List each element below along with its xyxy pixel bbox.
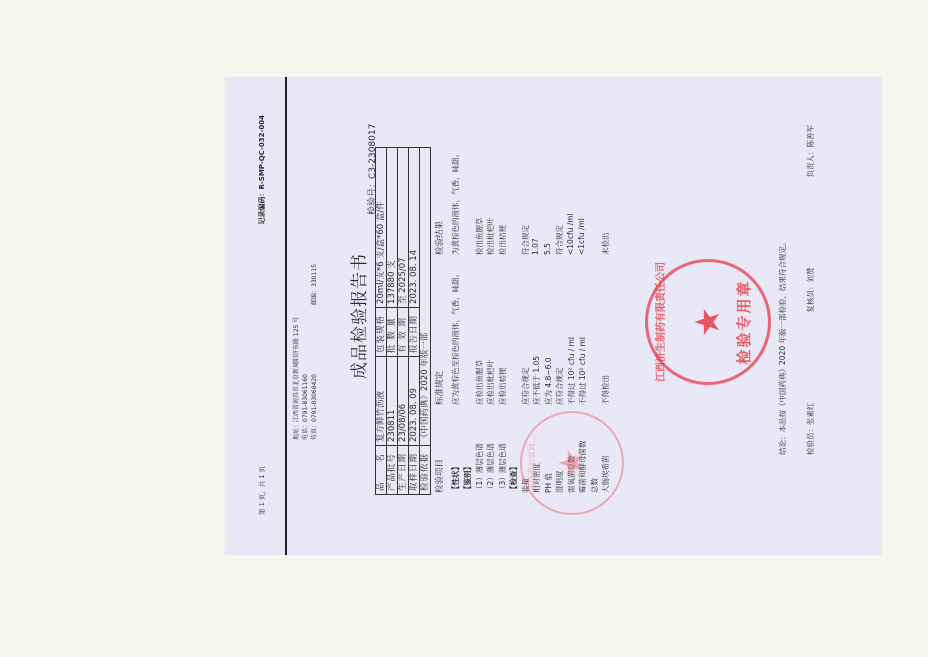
info-label: 报告日期 (409, 307, 420, 356)
star-icon: ★ (691, 307, 725, 337)
info-row: 品 名复方鲜竹沥液包装规格20ml/支*6 支/盒*60 盒/件 (376, 148, 387, 495)
info-label: 取样日期 (409, 446, 420, 495)
row-result: <10cfu /ml (566, 213, 575, 255)
info-label: 检验依据 (420, 446, 431, 495)
info-label: 产品批号 (387, 446, 398, 495)
row-standard: 应检出枇杷叶 (485, 360, 496, 405)
conclusion: 结论：本品按《中国药典》2020 年版一部检验，结果符合规定。 (777, 239, 788, 455)
info-value: 23/08/06 (398, 356, 409, 445)
reviewer-signature: 复核员：刘赞 (805, 268, 816, 313)
info-label: 有 效 期 (398, 307, 409, 356)
inspection-report-page: 第 1 页，共 1 页 记录编码：R-SMP-QC-032-004 地址：江西省… (225, 77, 882, 555)
page-header: 第 1 页，共 1 页 记录编码：R-SMP-QC-032-004 (257, 115, 267, 515)
row-standard: 不得过 10² cfu / ml (566, 337, 577, 405)
row-result: 检出鱼腥草 (474, 218, 485, 256)
header-rule (285, 77, 287, 555)
company-address: 地址：江西省南昌市北京新城阳济东路 125 号 (291, 317, 300, 440)
info-label: 包装规格 (376, 307, 387, 356)
row-item: （2）薄层色谱 (485, 443, 496, 493)
row-standard: 应为黄棕色至棕色的液体，气香，味甜。 (450, 270, 461, 405)
info-value: 至 2025/07 (398, 148, 409, 308)
page-info: 第 1 页，共 1 页 (257, 466, 267, 515)
row-result: 符合规定 (554, 225, 565, 255)
row-item: （1）薄层色谱 (474, 443, 485, 493)
info-value: 230811 (387, 356, 398, 445)
row-standard: 应检出鱼腥草 (474, 360, 485, 405)
company-fax: 传真：0791-83068420 (309, 374, 318, 440)
manager-signature: 负责人：陈善军 (805, 125, 816, 178)
info-value: 2023. 08. 09 (409, 356, 420, 445)
info-value: 《中国药典》2020 年版一部 (420, 148, 431, 446)
inspection-seal: 江西济生制药有限责任公司 ★ 检验专用章 (645, 259, 771, 385)
record-code: 记录编码：R-SMP-QC-032-004 (257, 115, 267, 225)
column-item: 检验项目 (433, 459, 445, 493)
row-result: 1.07 (531, 238, 540, 255)
row-result: 符合规定 (520, 225, 531, 255)
info-label: 生产日期 (398, 446, 409, 495)
row-standard: 应为 4.8~6.0 (543, 357, 554, 405)
column-result: 检验结果 (433, 221, 445, 255)
row-item: 【检查】 (508, 463, 519, 493)
row-result: 检出枇杷叶 (485, 218, 496, 256)
info-row: 取样日期2023. 08. 09报告日期2023. 08. 14 (409, 148, 420, 495)
row-item: 【鉴别】 (462, 463, 473, 493)
company-postcode: 邮编：330115 (309, 264, 318, 305)
seal-label: 检验专用章 (733, 262, 754, 382)
row-result: 检出桔梗 (497, 225, 508, 255)
info-value: 137880 支 (387, 148, 398, 308)
secondary-seal: 南昌市公安局… ★ (520, 411, 624, 515)
column-standard: 标准规定 (433, 371, 445, 405)
info-value: 2023. 08. 14 (409, 148, 420, 308)
inspector-signature: 检验员：张素红 (805, 403, 816, 456)
row-result: 未检出 (600, 233, 611, 256)
info-row: 生产日期23/08/06有 效 期至 2025/07 (398, 148, 409, 495)
row-standard: 应不低于 1.05 (531, 356, 542, 405)
seal-company-name: 江西济生制药有限责任公司 (652, 262, 667, 382)
secondary-seal-text: 南昌市公安局… (526, 413, 537, 513)
info-label: 品 名 (376, 446, 387, 495)
row-standard: 应符合规定 (554, 368, 565, 406)
info-label: 批 数 量 (387, 307, 398, 356)
info-row: 检验依据《中国药典》2020 年版一部 (420, 148, 431, 495)
row-standard: 不得过 10¹ cfu / ml (577, 337, 588, 405)
info-row: 产品批号230811批 数 量137880 支 (387, 148, 398, 495)
row-result: <1cfu /ml (577, 218, 586, 255)
info-value: 复方鲜竹沥液 (376, 356, 387, 445)
row-standard: 应检出桔梗 (497, 368, 508, 406)
row-item: 【性状】 (450, 463, 461, 493)
company-phone: 电话：0791-83061160 (300, 374, 309, 440)
row-item: （3）薄层色谱 (497, 443, 508, 493)
row-standard: 不得检出 (600, 375, 611, 405)
row-standard: 应符合规定 (520, 368, 531, 406)
product-info-table: 品 名复方鲜竹沥液包装规格20ml/支*6 支/盒*60 盒/件产品批号2308… (375, 147, 431, 495)
row-result: 5.5 (543, 243, 552, 255)
info-value: 20ml/支*6 支/盒*60 盒/件 (376, 148, 387, 308)
signatures: 检验员：张素红 复核员：刘赞 负责人：陈善军 (805, 125, 816, 455)
star-icon: ★ (555, 448, 589, 478)
row-result: 为黄棕色的液体，气香，味甜。 (450, 150, 461, 255)
